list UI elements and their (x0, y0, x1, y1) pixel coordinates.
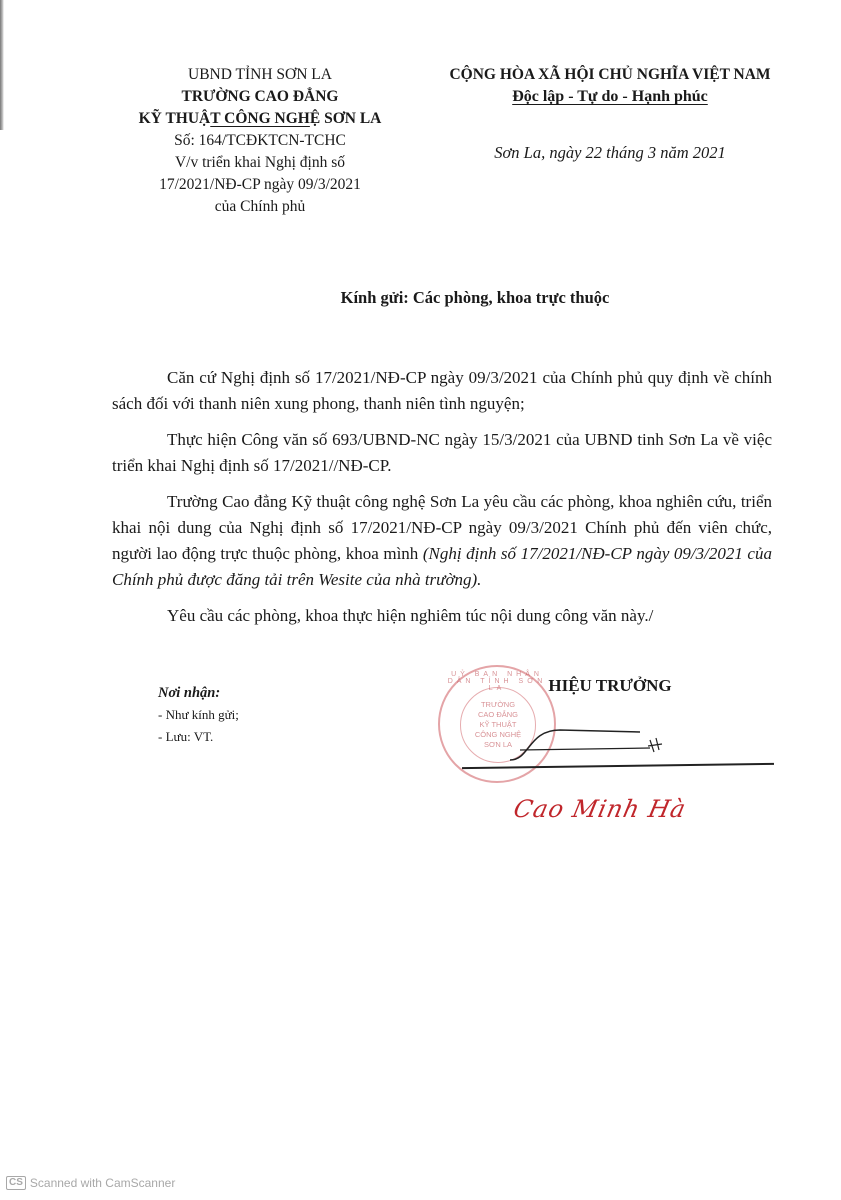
letter-body: Căn cứ Nghị định số 17/2021/NĐ-CP ngày 0… (112, 365, 772, 639)
school-name-part: Ệ SƠN LA (310, 110, 382, 127)
scan-edge-shadow (0, 0, 4, 130)
school-name-line2: KỸ THUẬT CÔNG NGHỆ SƠN LA (100, 108, 420, 130)
seal-line: CAO ĐẲNG (461, 710, 535, 720)
issuer-header: UBND TỈNH SƠN LA TRƯỜNG CAO ĐẲNG KỸ THUẬ… (100, 64, 420, 218)
nation-title: CỘNG HÒA XÃ HỘI CHỦ NGHĨA VIỆT NAM (420, 64, 800, 86)
school-name-line1: TRƯỜNG CAO ĐẲNG (100, 86, 420, 108)
subject-line: V/v triển khai Nghị định số (100, 152, 420, 174)
authority-name: UBND TỈNH SƠN LA (100, 64, 420, 86)
seal-line: TRƯỜNG (461, 700, 535, 710)
paragraph-request: Trường Cao đẳng Kỹ thuật công nghệ Sơn L… (112, 489, 772, 593)
handwritten-signature (500, 720, 700, 770)
school-name-underlined: T CÔNG NGH (210, 110, 310, 127)
document-number: Số: 164/TCĐKTCN-TCHC (100, 130, 420, 152)
paragraph-legal-basis: Căn cứ Nghị định số 17/2021/NĐ-CP ngày 0… (112, 365, 772, 417)
subject-line: của Chính phủ (100, 196, 420, 218)
signer-title: HIỆU TRƯỞNG (470, 676, 750, 696)
salutation: Kính gửi: Các phòng, khoa trực thuộc (150, 288, 800, 308)
recipient-item: - Như kính gửi; (158, 704, 418, 726)
signer-name: Cao Minh Hà (497, 795, 703, 823)
subject-line: 17/2021/NĐ-CP ngày 09/3/2021 (100, 174, 420, 196)
scanner-watermark: CS Scanned with CamScanner (6, 1176, 175, 1190)
school-name-part: KỸ THUẬ (139, 110, 211, 127)
national-header: CỘNG HÒA XÃ HỘI CHỦ NGHĨA VIỆT NAM Độc l… (420, 64, 800, 108)
paragraph-implementation: Thực hiện Công văn số 693/UBND-NC ngày 1… (112, 427, 772, 479)
recipient-item: - Lưu: VT. (158, 726, 418, 748)
national-motto: Độc lập - Tự do - Hạnh phúc (420, 86, 800, 108)
paragraph-closing: Yêu cầu các phòng, khoa thực hiện nghiêm… (112, 603, 772, 629)
place-date: Sơn La, ngày 22 tháng 3 năm 2021 (420, 143, 800, 163)
recipients-title: Nơi nhận: (158, 682, 418, 704)
camscanner-logo-icon: CS (6, 1176, 26, 1190)
watermark-text: Scanned with CamScanner (30, 1176, 175, 1190)
recipients-block: Nơi nhận: - Như kính gửi; - Lưu: VT. (158, 682, 418, 748)
